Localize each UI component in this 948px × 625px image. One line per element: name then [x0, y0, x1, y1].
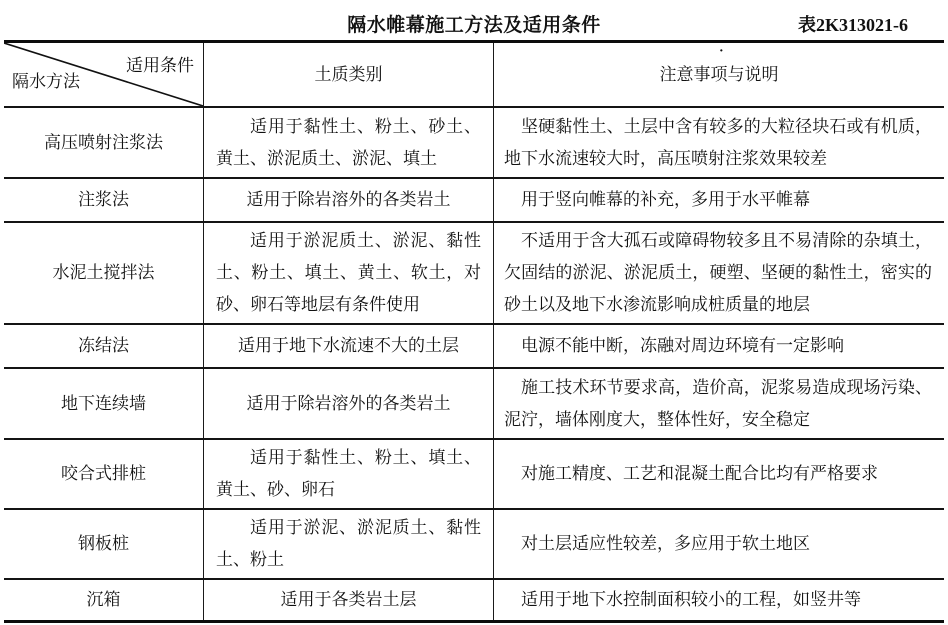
- header-label-condition: 适用条件: [126, 50, 194, 82]
- notes-cell: 不适用于含大孤石或障碍物较多且不易清除的杂填土，欠固结的淤泥、淤泥质土，硬塑、坚…: [493, 223, 944, 323]
- method-cell: 水泥土搅拌法: [4, 223, 203, 323]
- soil-cell: 适用于地下水流速不大的土层: [203, 325, 493, 367]
- method-cell: 沉箱: [4, 580, 203, 620]
- caption-bar: 隔水帷幕施工方法及适用条件 表2K313021-6: [0, 0, 948, 40]
- column-header-soil-type: 土质类别: [203, 43, 493, 106]
- table-row-high-pressure-jet-grouting: 高压喷射注浆法 适用于黏性土、粉土、砂土、黄土、淤泥质土、淤泥、填土 坚硬黏性土…: [4, 108, 944, 179]
- header-label-method: 隔水方法: [12, 66, 80, 98]
- soil-cell: 适用于黏性土、粉土、填土、黄土、砂、卵石: [203, 440, 493, 508]
- table-row-freezing: 冻结法 适用于地下水流速不大的土层 电源不能中断，冻融对周边环境有一定影响: [4, 325, 944, 369]
- method-cell: 咬合式排桩: [4, 440, 203, 508]
- method-cell: 高压喷射注浆法: [4, 108, 203, 177]
- table-row-steel-sheet-piles: 钢板桩 适用于淤泥、淤泥质土、黏性土、粉土 对土层适应性较差，多应用于软土地区: [4, 510, 944, 580]
- soil-cell: 适用于淤泥质土、淤泥、黏性土、粉土、填土、黄土、软土，对砂、卵石等地层有条件使用: [203, 223, 493, 323]
- notes-cell: 用于竖向帷幕的补充，多用于水平帷幕: [493, 179, 944, 221]
- soil-cell: 适用于淤泥、淤泥质土、黏性土、粉土: [203, 510, 493, 578]
- notes-cell: 对土层适应性较差，多应用于软土地区: [493, 510, 944, 578]
- column-header-notes: · 注意事项与说明: [493, 43, 944, 106]
- table-number: 表2K313021-6: [798, 11, 908, 37]
- waterproof-curtain-table: 适用条件 隔水方法 土质类别 · 注意事项与说明 高压喷射注浆法 适用于黏性土、…: [4, 40, 944, 623]
- table-row-diaphragm-wall: 地下连续墙 适用于除岩溶外的各类岩土 施工技术环节要求高，造价高，泥浆易造成现场…: [4, 369, 944, 440]
- table-row-caisson: 沉箱 适用于各类岩土层 适用于地下水控制面积较小的工程，如竖井等: [4, 580, 944, 620]
- table-row-cement-soil-mixing: 水泥土搅拌法 适用于淤泥质土、淤泥、黏性土、粉土、填土、黄土、软土，对砂、卵石等…: [4, 223, 944, 325]
- notes-cell: 电源不能中断，冻融对周边环境有一定影响: [493, 325, 944, 367]
- notes-cell: 坚硬黏性土、土层中含有较多的大粒径块石或有机质，地下水流速较大时，高压喷射注浆效…: [493, 108, 944, 177]
- soil-cell: 适用于除岩溶外的各类岩土: [203, 179, 493, 221]
- method-cell: 钢板桩: [4, 510, 203, 578]
- soil-cell: 适用于黏性土、粉土、砂土、黄土、淤泥质土、淤泥、填土: [203, 108, 493, 177]
- method-cell: 地下连续墙: [4, 369, 203, 438]
- notes-cell: 施工技术环节要求高，造价高，泥浆易造成现场污染、泥泞，墙体刚度大，整体性好，安全…: [493, 369, 944, 438]
- table-header-row: 适用条件 隔水方法 土质类别 · 注意事项与说明: [4, 43, 944, 108]
- notes-cell: 适用于地下水控制面积较小的工程，如竖井等: [493, 580, 944, 620]
- table-row-secant-piles: 咬合式排桩 适用于黏性土、粉土、填土、黄土、砂、卵石 对施工精度、工艺和混凝土配…: [4, 440, 944, 510]
- diagonal-header-cell: 适用条件 隔水方法: [4, 43, 203, 106]
- method-cell: 注浆法: [4, 179, 203, 221]
- notes-cell: 对施工精度、工艺和混凝土配合比均有严格要求: [493, 440, 944, 508]
- table-row-grouting: 注浆法 适用于除岩溶外的各类岩土 用于竖向帷幕的补充，多用于水平帷幕: [4, 179, 944, 223]
- scan-artifact-dot: ·: [719, 45, 724, 59]
- soil-cell: 适用于除岩溶外的各类岩土: [203, 369, 493, 438]
- method-cell: 冻结法: [4, 325, 203, 367]
- soil-cell: 适用于各类岩土层: [203, 580, 493, 620]
